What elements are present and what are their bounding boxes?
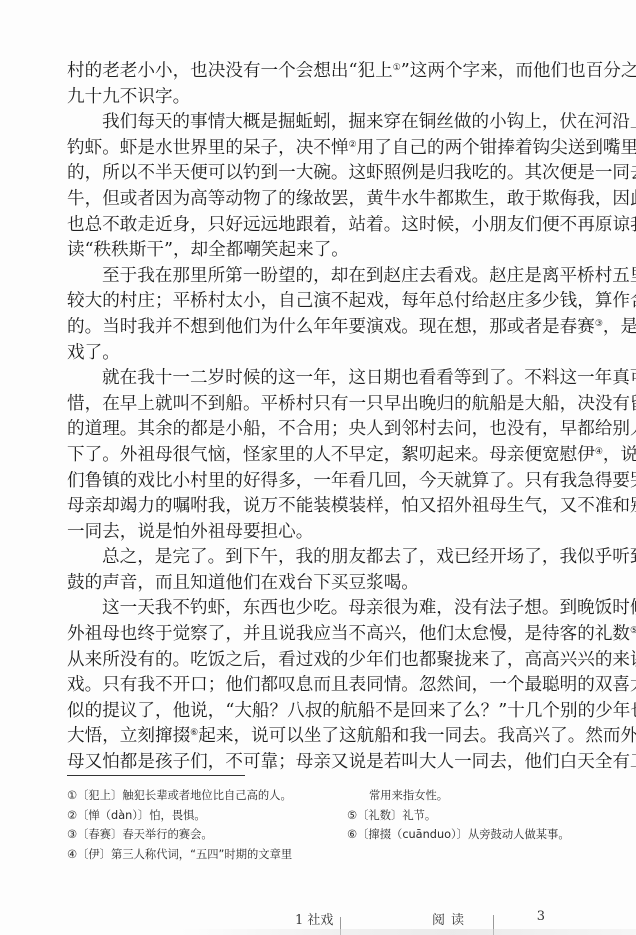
body-text: 村的老老小小，也决没有一个会想出“犯上①”这两个字来，而他们也百分之九十九不识字… bbox=[67, 59, 615, 776]
text-line: 也总不敢走近身，只好远远地跟着，站着。这时候，小朋友们便不再原谅我会 bbox=[67, 213, 615, 239]
footnote: ⑤〔礼数〕礼节。 bbox=[347, 806, 570, 826]
text-run: 似的提议了，他说，“大船？八叔的航船不是回来了么？”十几个别的少年也 bbox=[67, 701, 636, 721]
text-line: 外祖母也终于觉察了，并且说我应当不高兴，他们太怠慢，是待客的礼数⑤里 bbox=[67, 622, 615, 648]
text-line: 的。当时我并不想到他们为什么年年要演戏。现在想，那或者是春赛③，是社 bbox=[67, 315, 615, 341]
page-number: 3 bbox=[500, 909, 545, 924]
footnote: ⑥〔撺掇（cuānduo）〕从旁鼓动人做某事。 bbox=[347, 825, 570, 845]
text-run: 村的老老小小，也决没有一个会想出“犯上 bbox=[67, 61, 393, 81]
text-run: 的。当时我并不想到他们为什么年年要演戏。现在想，那或者是春赛 bbox=[67, 317, 595, 337]
text-run: 总之，是完了。到下午，我的朋友都去了，戏已经开场了，我似乎听到锣 bbox=[102, 547, 636, 567]
text-line: 至于我在那里所第一盼望的，却在到赵庄去看戏。赵庄是离平桥村五里的 bbox=[67, 264, 615, 290]
text-run: 至于我在那里所第一盼望的，却在到赵庄去看戏。赵庄是离平桥村五里的 bbox=[102, 266, 636, 286]
textbook-page: 村的老老小小，也决没有一个会想出“犯上①”这两个字来，而他们也百分之九十九不识字… bbox=[0, 0, 636, 935]
text-run: ，是社 bbox=[603, 317, 636, 337]
text-run: 也总不敢走近身，只好远远地跟着，站着。这时候，小朋友们便不再原谅我会 bbox=[67, 215, 636, 235]
text-line: 鼓的声音，而且知道他们在戏台下买豆浆喝。 bbox=[67, 571, 615, 597]
text-line: 我们每天的事情大概是掘蚯蚓，掘来穿在铜丝做的小钩上，伏在河沿上去 bbox=[67, 110, 615, 136]
footnote-marker[interactable]: ① bbox=[393, 63, 401, 73]
text-line: 似的提议了，他说，“大船？八叔的航船不是回来了么？”十几个别的少年也 bbox=[67, 699, 615, 725]
footnote-divider bbox=[67, 775, 245, 776]
text-run: 一同去，说是怕外祖母要担心。 bbox=[67, 522, 313, 542]
chapter-label: 1 社戏 bbox=[295, 909, 333, 928]
text-line: 钓虾。虾是水世界里的呆子，决不惮②用了自己的两个钳捧着钩尖送到嘴里去 bbox=[67, 136, 615, 162]
text-run: 起来，说可以坐了这航船和我一同去。我高兴了。然而外祖 bbox=[198, 726, 636, 746]
footnotes-right-column: 常用来指女性。⑤〔礼数〕礼节。⑥〔撺掇（cuānduo）〕从旁鼓动人做某事。 bbox=[347, 786, 570, 845]
text-run: 外祖母也终于觉察了，并且说我应当不高兴，他们太怠慢，是待客的礼数 bbox=[67, 624, 630, 644]
page-edge-shadow bbox=[180, 929, 636, 935]
text-line: 下了。外祖母很气恼，怪家里的人不早定，絮叨起来。母亲便宽慰伊④，说我 bbox=[67, 443, 615, 469]
text-line: 大悟，立刻撺掇⑥起来，说可以坐了这航船和我一同去。我高兴了。然而外祖 bbox=[67, 724, 615, 750]
footnote: ③〔春赛〕春天举行的赛会。 bbox=[67, 825, 292, 845]
text-line: 戏了。 bbox=[67, 341, 615, 367]
text-run: 惜，在早上就叫不到船。平桥村只有一只早出晚归的航船是大船，决没有留用 bbox=[67, 394, 636, 414]
text-run: 就在我十一二岁时候的这一年，这日期也看看等到了。不料这一年真可 bbox=[102, 368, 636, 388]
footnote: ①〔犯上〕触犯长辈或者地位比自己高的人。 bbox=[67, 786, 292, 806]
text-line: 一同去，说是怕外祖母要担心。 bbox=[67, 520, 615, 546]
footnote: ④〔伊〕第三人称代词，“五四”时期的文章里 bbox=[67, 845, 292, 865]
text-line: 惜，在早上就叫不到船。平桥村只有一只早出晚归的航船是大船，决没有留用 bbox=[67, 392, 615, 418]
footnotes-left-column: ①〔犯上〕触犯长辈或者地位比自己高的人。②〔惮（dàn）〕怕，畏惧。③〔春赛〕春… bbox=[67, 786, 292, 864]
text-run: ”这两个字来，而他们也百分之 bbox=[401, 61, 636, 81]
footnote-marker[interactable]: ② bbox=[349, 140, 357, 150]
text-line: 总之，是完了。到下午，我的朋友都去了，戏已经开场了，我似乎听到锣 bbox=[67, 545, 615, 571]
text-line: 戏。只有我不开口；他们都叹息而且表同情。忽然间，一个最聪明的双喜大悟 bbox=[67, 673, 615, 699]
text-run: 大悟，立刻撺掇 bbox=[67, 726, 190, 746]
text-run: 戏。只有我不开口；他们都叹息而且表同情。忽然间，一个最聪明的双喜大悟 bbox=[67, 675, 636, 695]
section-label: 阅读 bbox=[432, 909, 470, 928]
text-run: 读“秩秩斯干”，却全都嘲笑起来了。 bbox=[67, 240, 349, 260]
text-line: 较大的村庄；平桥村太小，自己演不起戏，每年总付给赵庄多少钱，算作合做 bbox=[67, 289, 615, 315]
text-run: 戏了。 bbox=[67, 343, 120, 363]
text-run: 母又怕都是孩子们，不可靠；母亲又说是若叫大人一同去，他们白天全有工 bbox=[67, 752, 636, 772]
text-run: 牛，但或者因为高等动物了的缘故罢，黄牛水牛都欺生，敢于欺侮我，因此我 bbox=[67, 189, 636, 209]
text-run: 母亲却竭力的嘱咐我，说万不能装模装样，怕又招外祖母生气，又不准和别人 bbox=[67, 496, 636, 516]
text-line: 村的老老小小，也决没有一个会想出“犯上①”这两个字来，而他们也百分之 bbox=[67, 59, 615, 85]
text-run: 的，所以不半天便可以钓到一大碗。这虾照例是归我吃的。其次便是一同去放 bbox=[67, 163, 636, 183]
text-run: 九十九不识字。 bbox=[67, 87, 190, 107]
text-line: 就在我十一二岁时候的这一年，这日期也看看等到了。不料这一年真可 bbox=[67, 366, 615, 392]
text-line: 母亲却竭力的嘱咐我，说万不能装模装样，怕又招外祖母生气，又不准和别人 bbox=[67, 494, 615, 520]
text-run: 钓虾。虾是水世界里的呆子，决不惮 bbox=[67, 138, 349, 158]
text-line: 读“秩秩斯干”，却全都嘲笑起来了。 bbox=[67, 238, 615, 264]
footnote-marker[interactable]: ⑤ bbox=[630, 626, 636, 636]
text-run: 的道理。其余的都是小船，不合用；央人到邻村去问，也没有，早都给别人定 bbox=[67, 419, 636, 439]
text-line: 的道理。其余的都是小船，不合用；央人到邻村去问，也没有，早都给别人定 bbox=[67, 417, 615, 443]
text-run: 用了自己的两个钳捧着钩尖送到嘴里去 bbox=[357, 138, 636, 158]
text-run: 鼓的声音，而且知道他们在戏台下买豆浆喝。 bbox=[67, 573, 419, 593]
text-line: 这一天我不钓虾，东西也少吃。母亲很为难，没有法子想。到晚饭时候， bbox=[67, 596, 615, 622]
text-run: 们鲁镇的戏比小村里的好得多，一年看几回，今天就算了。只有我急得要哭， bbox=[67, 471, 636, 491]
footnote: ②〔惮（dàn）〕怕，畏惧。 bbox=[67, 806, 292, 826]
text-run: 这一天我不钓虾，东西也少吃。母亲很为难，没有法子想。到晚饭时候， bbox=[102, 598, 636, 618]
text-run: ，说我 bbox=[603, 445, 636, 465]
footnote-marker[interactable]: ③ bbox=[595, 319, 603, 329]
text-run: 较大的村庄；平桥村太小，自己演不起戏，每年总付给赵庄多少钱，算作合做 bbox=[67, 291, 636, 311]
text-run: 我们每天的事情大概是掘蚯蚓，掘来穿在铜丝做的小钩上，伏在河沿上去 bbox=[102, 112, 636, 132]
text-line: 们鲁镇的戏比小村里的好得多，一年看几回，今天就算了。只有我急得要哭， bbox=[67, 469, 615, 495]
text-line: 牛，但或者因为高等动物了的缘故罢，黄牛水牛都欺生，敢于欺侮我，因此我 bbox=[67, 187, 615, 213]
text-line: 的，所以不半天便可以钓到一大碗。这虾照例是归我吃的。其次便是一同去放 bbox=[67, 161, 615, 187]
text-line: 母又怕都是孩子们，不可靠；母亲又说是若叫大人一同去，他们白天全有工 bbox=[67, 750, 615, 776]
footnote-marker[interactable]: ④ bbox=[595, 447, 603, 457]
footnote: 常用来指女性。 bbox=[347, 786, 570, 806]
text-line: 九十九不识字。 bbox=[67, 85, 615, 111]
text-line: 从来所没有的。吃饭之后，看过戏的少年们也都聚拢来了，高高兴兴的来讲 bbox=[67, 648, 615, 674]
text-run: 下了。外祖母很气恼，怪家里的人不早定，絮叨起来。母亲便宽慰伊 bbox=[67, 445, 595, 465]
text-run: 从来所没有的。吃饭之后，看过戏的少年们也都聚拢来了，高高兴兴的来讲 bbox=[67, 650, 636, 670]
